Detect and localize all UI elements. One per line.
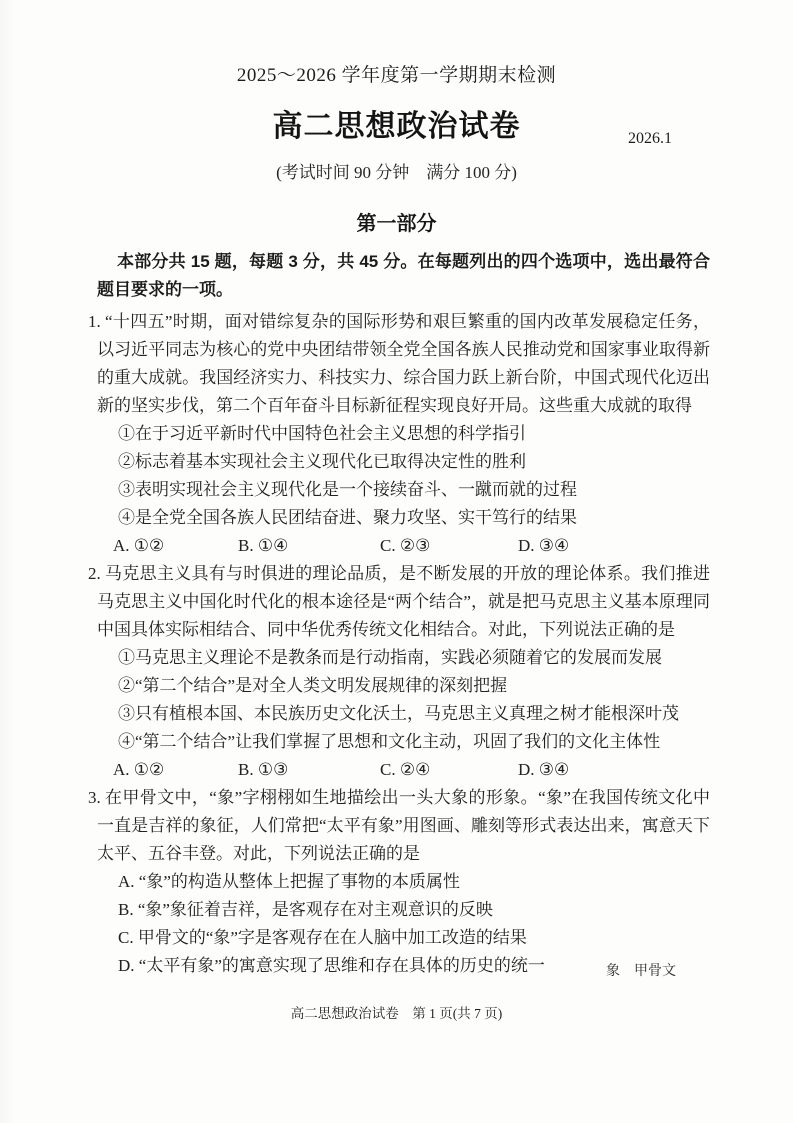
answer-choice: C. 甲骨文的“象”字是客观存在在人脑中加工改造的结果 <box>118 924 733 952</box>
answer-choices-row: A. ①②B. ①③C. ②④D. ③④ <box>0 756 793 784</box>
answer-choices-row: A. ①②B. ①④C. ②③D. ③④ <box>0 532 793 560</box>
answer-choice: A. ①② <box>113 532 164 560</box>
question-number: 1. <box>88 308 101 336</box>
answer-choice: C. ②④ <box>380 756 430 784</box>
exam-title: 高二思想政治试卷 <box>0 104 793 150</box>
question-statement: ②“第二个结合”是对全人类文明发展规律的深刻把握 <box>118 672 733 700</box>
answer-choice: D. ③④ <box>518 532 569 560</box>
question-stem: 马克思主义具有与时俱进的理论品质，是不断发展的开放的理论体系。我们推进马克思主义… <box>97 560 710 644</box>
oracle-bone-figure-caption: 象 甲骨文 <box>606 960 676 980</box>
section-title: 第一部分 <box>0 210 793 238</box>
question-statement: ③只有植根本国、本民族历史文化沃土，马克思主义真理之树才能根深叶茂 <box>118 700 733 728</box>
question: 3.在甲骨文中，“象”字栩栩如生地描绘出一头大象的形象。“象”在我国传统文化中一… <box>0 784 793 980</box>
exam-term-line: 2025～2026 学年度第一学期期末检测 <box>0 62 793 90</box>
exam-date: 2026.1 <box>628 130 672 148</box>
answer-choice: A. “象”的构造从整体上把握了事物的本质属性 <box>118 868 733 896</box>
question-statement: ①马克思主义理论不是教条而是行动指南，实践必须随着它的发展而发展 <box>118 644 733 672</box>
question-statement: ①在于习近平新时代中国特色社会主义思想的科学指引 <box>118 420 733 448</box>
exam-duration-score: (考试时间 90 分钟 满分 100 分) <box>0 160 793 186</box>
question-statement: ②标志着基本实现社会主义现代化已取得决定性的胜利 <box>118 448 733 476</box>
question-statement: ③表明实现社会主义现代化是一个接续奋斗、一蹴而就的过程 <box>118 476 733 504</box>
question: 2.马克思主义具有与时俱进的理论品质，是不断发展的开放的理论体系。我们推进马克思… <box>0 560 793 784</box>
exam-paper-page: 2025～2026 学年度第一学期期末检测 高二思想政治试卷 2026.1 (考… <box>0 0 793 1123</box>
question-number: 2. <box>88 560 101 588</box>
page-footer: 高二思想政治试卷 第 1 页(共 7 页) <box>0 1002 793 1022</box>
question-stem: “十四五”时期，面对错综复杂的国际形势和艰巨繁重的国内改革发展稳定任务，以习近平… <box>97 308 710 420</box>
answer-choice: B. ①③ <box>238 756 288 784</box>
question-stem: 在甲骨文中，“象”字栩栩如生地描绘出一头大象的形象。“象”在我国传统文化中一直是… <box>97 784 710 868</box>
question-statement: ④“第二个结合”让我们掌握了思想和文化主动，巩固了我们的文化主体性 <box>118 728 733 756</box>
question-statement: ④是全党全国各族人民团结奋进、聚力攻坚、实干笃行的结果 <box>118 504 733 532</box>
answer-choice: C. ②③ <box>380 532 430 560</box>
questions-list: 1.“十四五”时期，面对错综复杂的国际形势和艰巨繁重的国内改革发展稳定任务，以习… <box>0 308 793 980</box>
answer-choice: A. ①② <box>113 756 164 784</box>
question: 1.“十四五”时期，面对错综复杂的国际形势和艰巨繁重的国内改革发展稳定任务，以习… <box>0 308 793 560</box>
question-number: 3. <box>88 784 101 812</box>
title-row: 高二思想政治试卷 2026.1 <box>0 104 793 150</box>
answer-choice: B. ①④ <box>238 532 288 560</box>
answer-choice: B. “象”象征着吉祥，是客观存在对主观意识的反映 <box>118 896 733 924</box>
section-instructions: 本部分共 15 题，每题 3 分，共 45 分。在每题列出的四个选项中，选出最符… <box>97 248 710 304</box>
answer-choice: D. ③④ <box>518 756 569 784</box>
